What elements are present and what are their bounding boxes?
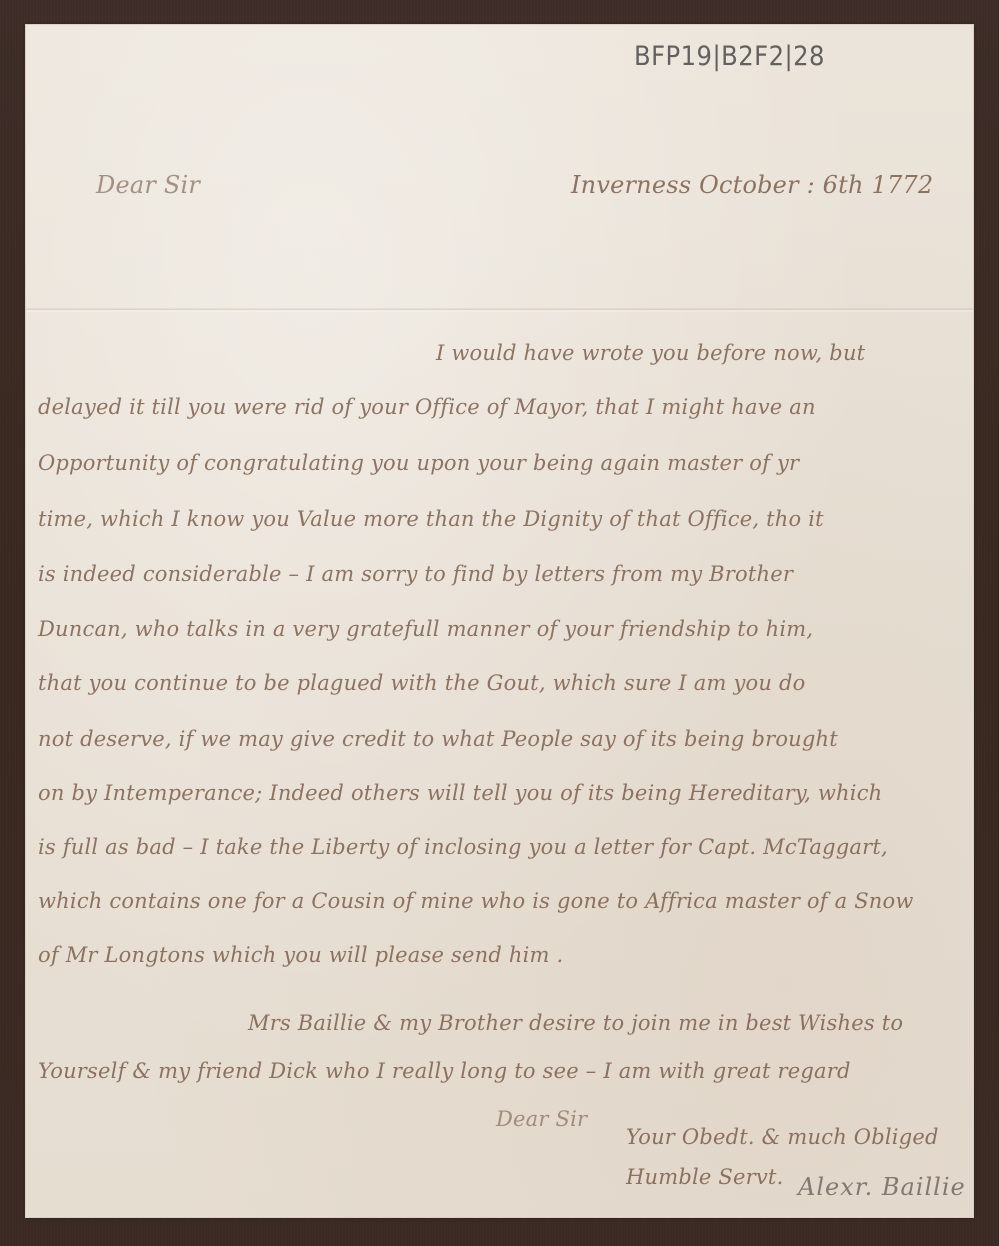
body-line: which contains one for a Cousin of mine … (38, 889, 914, 913)
body-line: Duncan, who talks in a very gratefull ma… (38, 617, 813, 641)
body-line: time, which I know you Value more than t… (38, 507, 824, 531)
body-line: that you continue to be plagued with the… (38, 671, 805, 695)
closing-line-1: Your Obedt. & much Obliged (626, 1125, 939, 1149)
body-line: I would have wrote you before now, but (436, 341, 865, 365)
letter-page: BFP19|B2F2|28 Dear Sir Inverness October… (26, 25, 973, 1217)
fold-crease (26, 308, 973, 312)
body-line: Opportunity of congratulating you upon y… (38, 451, 799, 475)
body-line: delayed it till you were rid of your Off… (38, 395, 816, 419)
body-line: is full as bad – I take the Liberty of i… (38, 835, 888, 859)
signature: Alexr. Baillie (798, 1173, 966, 1201)
postscript-line: Yourself & my friend Dick who I really l… (38, 1059, 851, 1083)
archive-reference-label: BFP19|B2F2|28 (634, 41, 825, 72)
postscript-line: Mrs Baillie & my Brother desire to join … (248, 1011, 903, 1035)
closing-line-2: Humble Servt. (626, 1165, 783, 1189)
body-line: on by Intemperance; Indeed others will t… (38, 781, 882, 805)
salutation: Dear Sir (96, 171, 200, 199)
place-and-date: Inverness October : 6th 1772 (571, 171, 933, 199)
closing-salutation: Dear Sir (496, 1107, 587, 1131)
body-line: of Mr Longtons which you will please sen… (38, 943, 563, 967)
body-line: not deserve, if we may give credit to wh… (38, 727, 838, 751)
body-line: is indeed considerable – I am sorry to f… (38, 562, 793, 586)
